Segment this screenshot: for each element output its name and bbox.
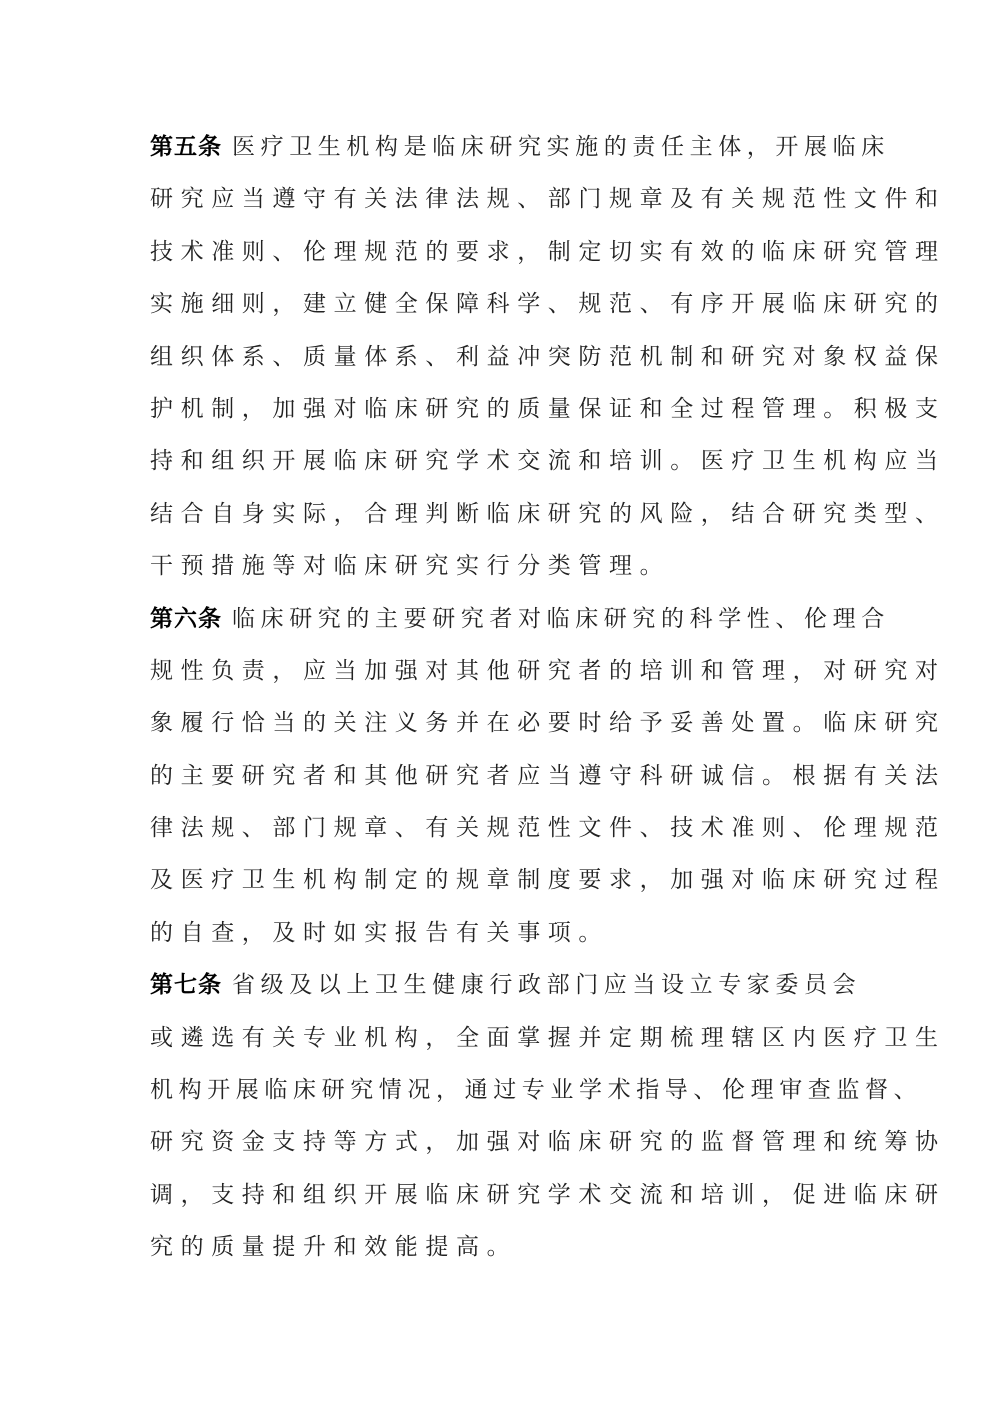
article-line: 第七条省级及以上卫生健康行政部门应当设立专家委员会 bbox=[150, 964, 850, 1016]
article-line: 研究资金支持等方式，加强对临床研究的监督管理和统筹协 bbox=[150, 1121, 850, 1173]
article-number: 第六条 bbox=[150, 606, 222, 632]
article-text: 省级及以上卫生健康行政部门应当设立专家委员会 bbox=[232, 972, 861, 998]
article-line: 第五条医疗卫生机构是临床研究实施的责任主体，开展临床 bbox=[150, 126, 850, 178]
article-line: 实施细则，建立健全保障科学、规范、有序开展临床研究的 bbox=[150, 283, 850, 335]
article-line: 或遴选有关专业机构，全面掌握并定期梳理辖区内医疗卫生 bbox=[150, 1017, 850, 1069]
article-text: 医疗卫生机构是临床研究实施的责任主体，开展临床 bbox=[232, 134, 890, 160]
document-page: 第五条医疗卫生机构是临床研究实施的责任主体，开展临床 研究应当遵守有关法律法规、… bbox=[150, 126, 850, 1279]
article-line: 研究应当遵守有关法律法规、部门规章及有关规范性文件和 bbox=[150, 178, 850, 230]
article-line: 持和组织开展临床研究学术交流和培训。医疗卫生机构应当 bbox=[150, 440, 850, 492]
article-line: 第六条临床研究的主要研究者对临床研究的科学性、伦理合 bbox=[150, 598, 850, 650]
article-line: 及医疗卫生机构制定的规章制度要求，加强对临床研究过程 bbox=[150, 859, 850, 911]
article-7: 第七条省级及以上卫生健康行政部门应当设立专家委员会 或遴选有关专业机构，全面掌握… bbox=[150, 964, 850, 1278]
article-line: 的主要研究者和其他研究者应当遵守科研诚信。根据有关法 bbox=[150, 755, 850, 807]
article-text: 临床研究的主要研究者对临床研究的科学性、伦理合 bbox=[232, 606, 890, 632]
article-6: 第六条临床研究的主要研究者对临床研究的科学性、伦理合 规性负责，应当加强对其他研… bbox=[150, 598, 850, 965]
article-line: 律法规、部门规章、有关规范性文件、技术准则、伦理规范 bbox=[150, 807, 850, 859]
article-line: 机构开展临床研究情况，通过专业学术指导、伦理审查监督、 bbox=[150, 1069, 850, 1121]
article-line: 的自查，及时如实报告有关事项。 bbox=[150, 912, 850, 964]
article-line: 调，支持和组织开展临床研究学术交流和培训，促进临床研 bbox=[150, 1174, 850, 1226]
article-line: 象履行恰当的关注义务并在必要时给予妥善处置。临床研究 bbox=[150, 702, 850, 754]
article-line: 究的质量提升和效能提高。 bbox=[150, 1226, 850, 1278]
article-line: 护机制，加强对临床研究的质量保证和全过程管理。积极支 bbox=[150, 388, 850, 440]
article-line: 干预措施等对临床研究实行分类管理。 bbox=[150, 545, 850, 597]
article-line: 技术准则、伦理规范的要求，制定切实有效的临床研究管理 bbox=[150, 231, 850, 283]
article-line: 结合自身实际，合理判断临床研究的风险，结合研究类型、 bbox=[150, 493, 850, 545]
article-5: 第五条医疗卫生机构是临床研究实施的责任主体，开展临床 研究应当遵守有关法律法规、… bbox=[150, 126, 850, 598]
article-line: 规性负责，应当加强对其他研究者的培训和管理，对研究对 bbox=[150, 650, 850, 702]
article-number: 第七条 bbox=[150, 972, 222, 998]
article-number: 第五条 bbox=[150, 134, 222, 160]
article-line: 组织体系、质量体系、利益冲突防范机制和研究对象权益保 bbox=[150, 336, 850, 388]
